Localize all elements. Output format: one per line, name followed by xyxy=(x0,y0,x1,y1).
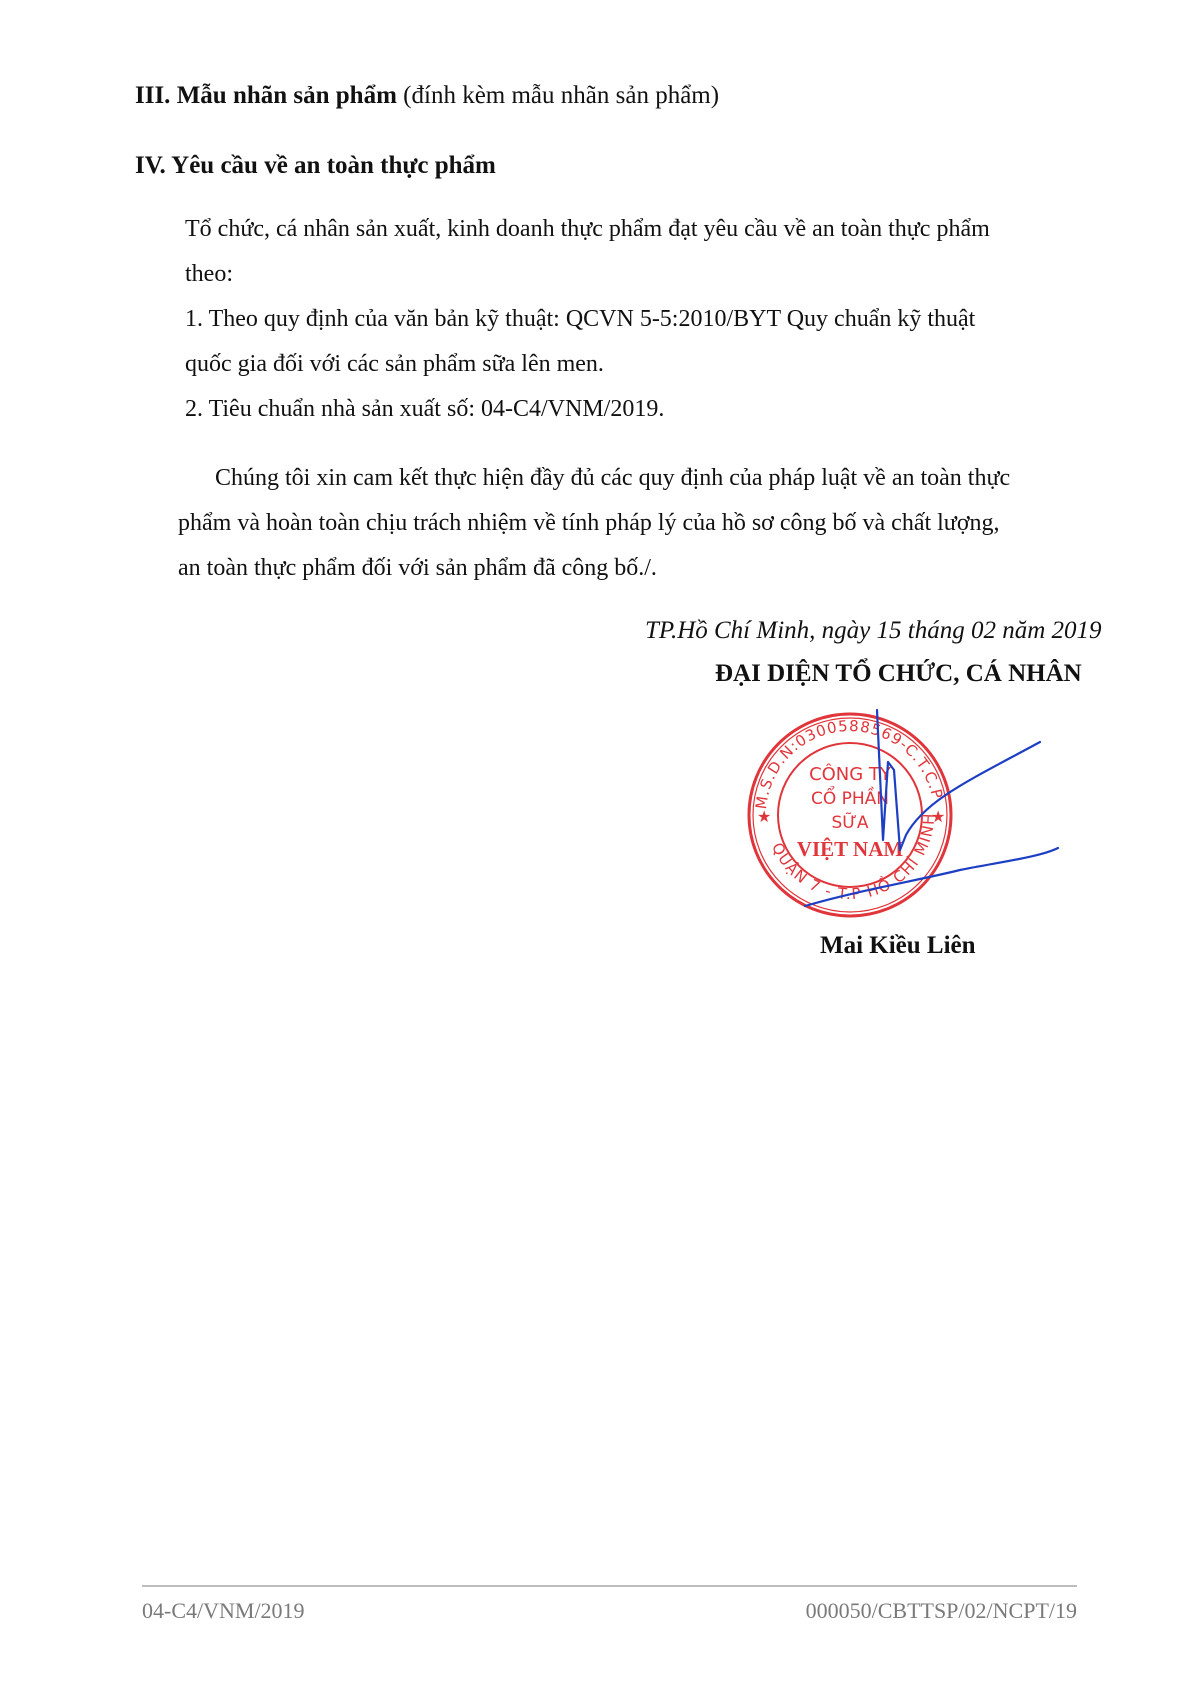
commitment-line: phẩm và hoàn toàn chịu trách nhiệm về tí… xyxy=(178,501,1010,546)
safety-line: 1. Theo quy định của văn bản kỹ thuật: Q… xyxy=(185,297,990,342)
commitment-paragraph: Chúng tôi xin cam kết thực hiện đầy đủ c… xyxy=(178,456,1010,591)
section-iii-note: (đính kèm mẫu nhãn sản phẩm) xyxy=(403,82,719,109)
footer-standard-code: 04-C4/VNM/2019 xyxy=(142,1598,305,1624)
section-iii-title: Mẫu nhãn sản phẩm xyxy=(177,82,397,109)
safety-line: theo: xyxy=(185,252,990,297)
section-iv-title: Yêu cầu về an toàn thực phẩm xyxy=(171,152,496,179)
place-date: TP.Hồ Chí Minh, ngày 15 tháng 02 năm 201… xyxy=(645,617,1102,645)
section-iii-number: III. xyxy=(135,82,170,109)
signer-name: Mai Kiều Liên xyxy=(820,932,976,960)
signer-role: ĐẠI DIỆN TỔ CHỨC, CÁ NHÂN xyxy=(715,660,1082,688)
section-iii-heading: III. Mẫu nhãn sản phẩm (đính kèm mẫu nhã… xyxy=(135,82,719,110)
commitment-line: Chúng tôi xin cam kết thực hiện đầy đủ c… xyxy=(178,456,1010,501)
safety-line: Tổ chức, cá nhân sản xuất, kinh doanh th… xyxy=(185,207,990,252)
footer-document-number: 000050/CBTTSP/02/NCPT/19 xyxy=(806,1598,1077,1624)
safety-requirements-block: Tổ chức, cá nhân sản xuất, kinh doanh th… xyxy=(185,207,990,432)
safety-line: 2. Tiêu chuẩn nhà sản xuất số: 04-C4/VNM… xyxy=(185,387,990,432)
footer-divider xyxy=(142,1585,1077,1587)
section-iv-heading: IV. Yêu cầu về an toàn thực phẩm xyxy=(135,152,496,180)
safety-line: quốc gia đối với các sản phẩm sữa lên me… xyxy=(185,342,990,387)
handwritten-signature-icon xyxy=(720,700,1100,930)
section-iv-number: IV. xyxy=(135,152,166,179)
commitment-line: an toàn thực phẩm đối với sản phẩm đã cô… xyxy=(178,546,1010,591)
